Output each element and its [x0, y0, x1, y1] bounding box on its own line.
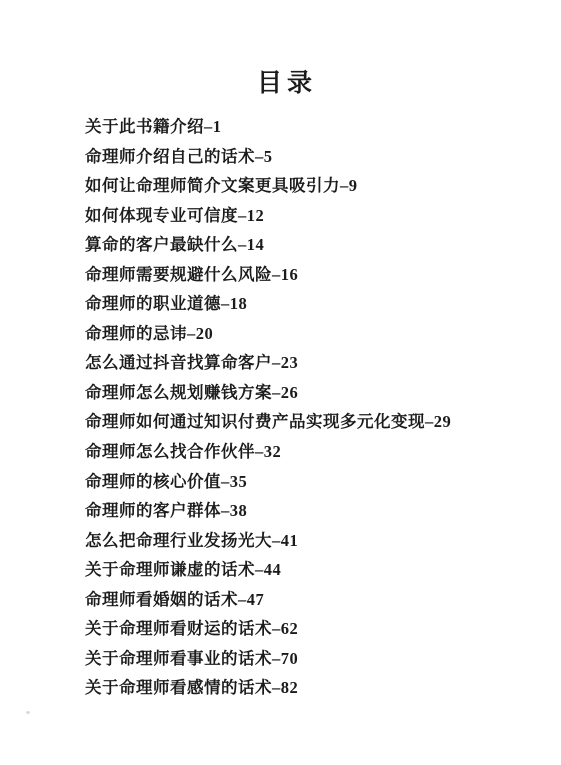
toc-page: 目录 关于此书籍介绍–1命理师介绍自己的话术–5如何让命理师简介文案更具吸引力–…: [0, 0, 561, 765]
toc-entry: 怎么通过抖音找算命客户–23: [85, 348, 531, 378]
scan-speck: [26, 711, 30, 714]
toc-entry: 命理师如何通过知识付费产品实现多元化变现–29: [85, 407, 531, 437]
page-title: 目录: [0, 70, 561, 97]
toc-entry: 命理师的核心价值–35: [85, 467, 531, 497]
toc-entry: 如何让命理师简介文案更具吸引力–9: [85, 171, 531, 201]
toc-entry: 关于命理师看感情的话术–82: [85, 673, 531, 703]
toc-entry: 命理师需要规避什么风险–16: [85, 260, 531, 290]
toc-entry: 算命的客户最缺什么–14: [85, 230, 531, 260]
toc-entry: 命理师怎么规划赚钱方案–26: [85, 378, 531, 408]
toc-entry: 关于命理师谦虚的话术–44: [85, 555, 531, 585]
toc-entry: 关于此书籍介绍–1: [85, 112, 531, 142]
toc-entry: 命理师介绍自己的话术–5: [85, 142, 531, 172]
toc-entry: 命理师的职业道德–18: [85, 289, 531, 319]
toc-entry: 关于命理师看财运的话术–62: [85, 614, 531, 644]
toc-entry: 如何体现专业可信度–12: [85, 201, 531, 231]
toc-entry: 命理师的客户群体–38: [85, 496, 531, 526]
toc-list: 关于此书籍介绍–1命理师介绍自己的话术–5如何让命理师简介文案更具吸引力–9如何…: [85, 112, 531, 703]
toc-entry: 命理师的忌讳–20: [85, 319, 531, 349]
toc-entry: 命理师怎么找合作伙伴–32: [85, 437, 531, 467]
toc-entry: 关于命理师看事业的话术–70: [85, 644, 531, 674]
toc-entry: 命理师看婚姻的话术–47: [85, 585, 531, 615]
toc-entry: 怎么把命理行业发扬光大–41: [85, 526, 531, 556]
